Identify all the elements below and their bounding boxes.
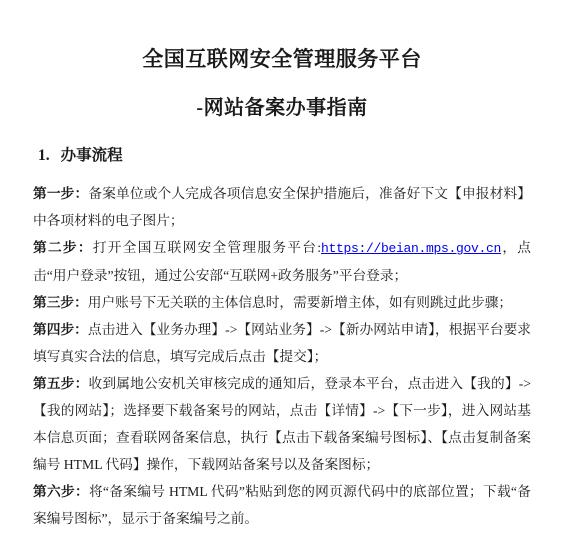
step-text: 备案单位或个人完成各项信息安全保护措施后，准备好下文【申报材料】中各项材料的电子… (33, 186, 531, 228)
document-page: 全国互联网安全管理服务平台 -网站备案办事指南 1.办事流程 第一步：备案单位或… (0, 46, 564, 532)
step-paragraph-4: 第四步：点击进入【业务办理】->【网站业务】->【新办网站申请】，根据平台要求填… (33, 316, 531, 370)
step-label: 第五步： (33, 376, 89, 391)
step-label: 第二步： (33, 240, 93, 255)
page-title: 全国互联网安全管理服务平台 (33, 46, 531, 72)
step-text: 将“备案编号 HTML 代码”粘贴到您的网页源代码中的底部位置；下载“备案编号图… (33, 484, 531, 526)
section-heading: 1.办事流程 (38, 146, 531, 166)
step-text: 点击进入【业务办理】->【网站业务】->【新办网站申请】，根据平台要求填写真实合… (33, 322, 531, 364)
section-number: 1. (38, 146, 50, 166)
section-title: 办事流程 (61, 147, 123, 164)
step-label: 第六步： (33, 484, 89, 499)
step-paragraph-1: 第一步：备案单位或个人完成各项信息安全保护措施后，准备好下文【申报材料】中各项材… (33, 180, 531, 234)
step-paragraph-5: 第五步：收到属地公安机关审核完成的通知后，登录本平台，点击进入【我的】->【我的… (33, 370, 531, 478)
step-text: 打开全国互联网安全管理服务平台: (93, 240, 321, 255)
step-paragraph-3: 第三步：用户账号下无关联的主体信息时，需要新增主体，如有则跳过此步骤； (33, 289, 531, 316)
step-text: 收到属地公安机关审核完成的通知后，登录本平台，点击进入【我的】->【我的网站】；… (33, 376, 531, 472)
step-label: 第三步： (33, 295, 88, 310)
step-label: 第四步： (33, 322, 88, 337)
beian-platform-link[interactable]: https://beian.mps.gov.cn (321, 241, 501, 256)
steps-list: 第一步：备案单位或个人完成各项信息安全保护措施后，准备好下文【申报材料】中各项材… (33, 180, 531, 532)
step-paragraph-2: 第二步：打开全国互联网安全管理服务平台:https://beian.mps.go… (33, 234, 531, 289)
step-label: 第一步： (33, 186, 88, 201)
page-subtitle: -网站备案办事指南 (33, 96, 531, 120)
step-text: 用户账号下无关联的主体信息时，需要新增主体，如有则跳过此步骤； (88, 295, 512, 310)
step-paragraph-6: 第六步：将“备案编号 HTML 代码”粘贴到您的网页源代码中的底部位置；下载“备… (33, 478, 531, 532)
